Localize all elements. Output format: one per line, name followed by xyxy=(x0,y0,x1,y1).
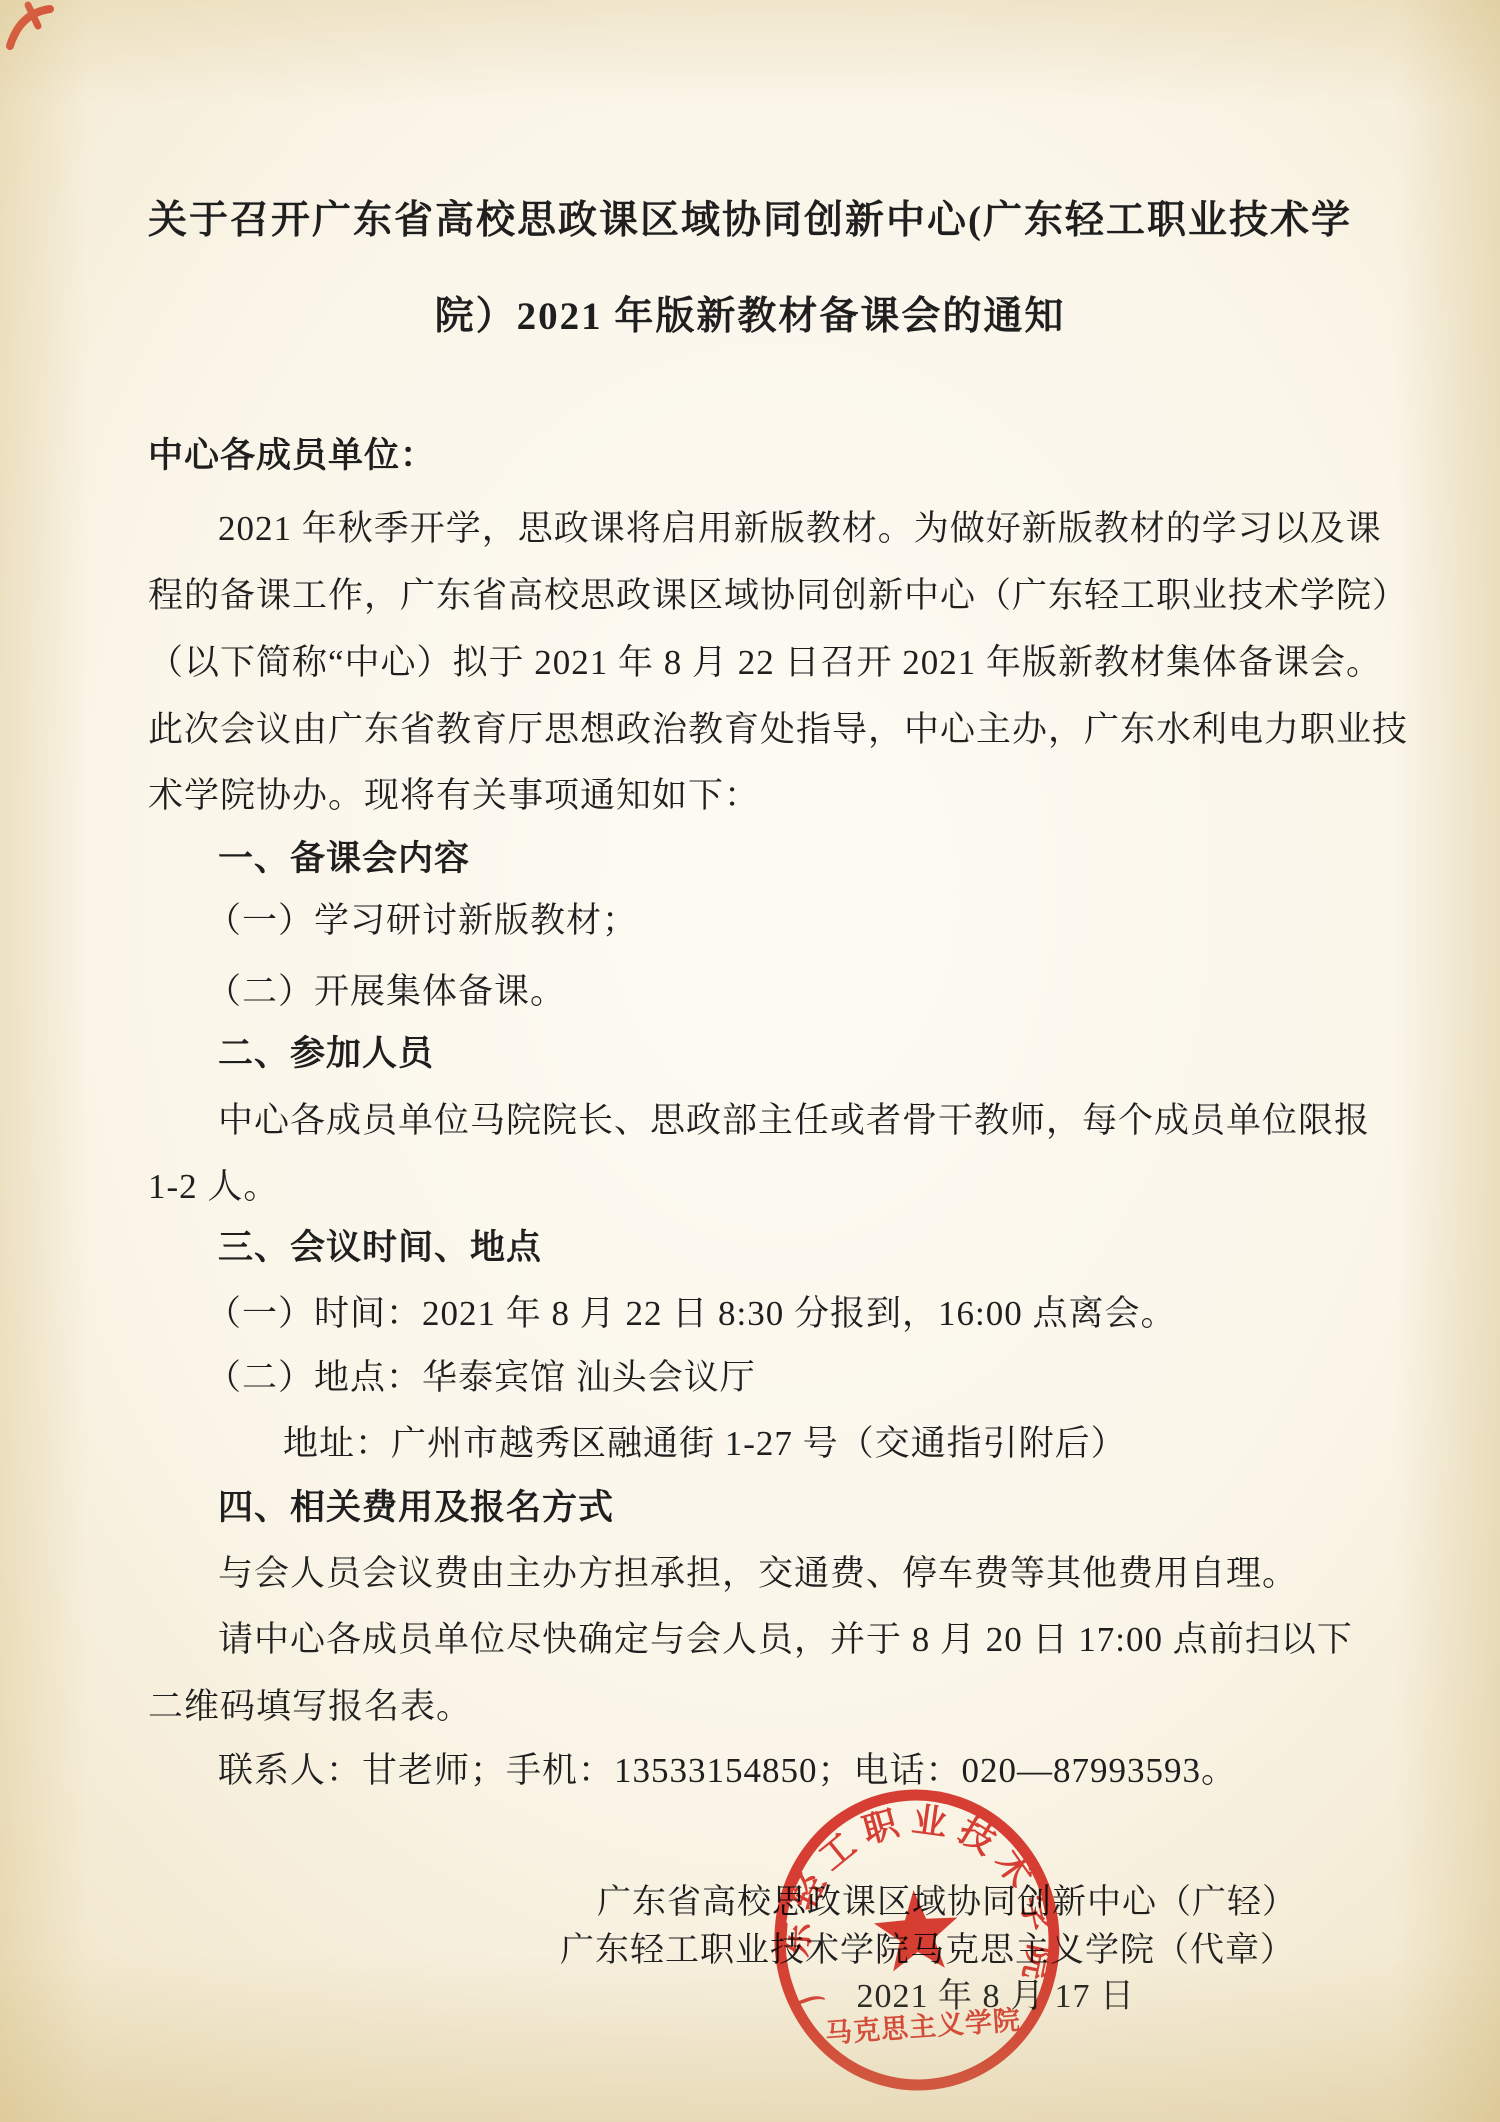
document-title-line-2: 院）2021 年版新教材备课会的通知 xyxy=(0,286,1500,348)
red-corner-mark xyxy=(2,0,66,60)
body-line: 2021 年秋季开学，思政课将启用新版教材。为做好新版教材的学习以及课 xyxy=(218,495,1382,562)
body-line: 1-2 人。 xyxy=(148,1153,279,1220)
body-line: 程的备课工作，广东省高校思政课区域协同创新中心（广东轻工职业技术学院） xyxy=(148,562,1408,629)
seal-bottom-text: 马克思主义学院 xyxy=(824,2005,1022,2049)
body-line: （以下简称“中心）拟于 2021 年 8 月 22 日召开 2021 年版新教材… xyxy=(148,629,1382,696)
body-line: 此次会议由广东省教育厅思想政治教育处指导，中心主办，广东水利电力职业技 xyxy=(148,696,1408,763)
section-2-heading: 二、参加人员 xyxy=(218,1020,434,1087)
body-line: 地址：广州市越秀区融通街 1-27 号（交通指引附后） xyxy=(283,1410,1127,1477)
official-seal: 广东轻工职业技术学院 马克思主义学院 xyxy=(757,1774,1076,2106)
body-line: 术学院协办。现将有关事项通知如下： xyxy=(148,762,760,829)
seal-star-icon xyxy=(872,1887,961,1972)
section-3-heading: 三、会议时间、地点 xyxy=(218,1214,542,1281)
body-line: （二）开展集体备课。 xyxy=(206,958,566,1025)
document-title-line-1: 关于召开广东省高校思政课区域协同创新中心(广东轻工职业技术学 xyxy=(0,190,1500,252)
body-line: 请中心各成员单位尽快确定与会人员，并于 8 月 20 日 17:00 点前扫以下 xyxy=(218,1606,1353,1673)
contact-line: 联系人：甘老师；手机：13533154850；电话：020—87993593。 xyxy=(218,1737,1237,1804)
body-line: 中心各成员单位马院院长、思政部主任或者骨干教师，每个成员单位限报 xyxy=(218,1087,1370,1154)
scanned-notice-document: 关于召开广东省高校思政课区域协同创新中心(广东轻工职业技术学 院）2021 年版… xyxy=(0,0,1500,2122)
section-1-heading: 一、备课会内容 xyxy=(218,825,470,892)
section-4-heading: 四、相关费用及报名方式 xyxy=(218,1474,614,1541)
body-line: （二）地点：华泰宾馆 汕头会议厅 xyxy=(206,1344,756,1411)
body-line: （一）时间：2021 年 8 月 22 日 8:30 分报到，16:00 点离会… xyxy=(206,1280,1176,1347)
body-line: 与会人员会议费由主办方担承担，交通费、停车费等其他费用自理。 xyxy=(218,1540,1298,1607)
salutation: 中心各成员单位： xyxy=(148,422,436,489)
body-line: （一）学习研讨新版教材； xyxy=(206,887,638,954)
body-line: 二维码填写报名表。 xyxy=(148,1673,472,1740)
